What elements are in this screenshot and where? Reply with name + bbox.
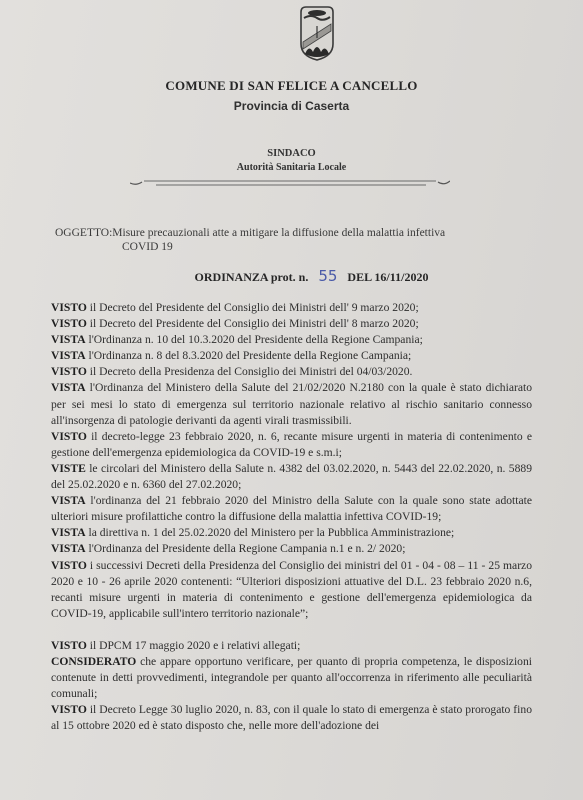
subject-block: OGGETTO:Misure precauzionali atte a miti… [55, 226, 525, 254]
clause-text: l'Ordinanza del Presidente della Regione… [86, 542, 406, 555]
clause-text: il Decreto Legge 30 luglio 2020, n. 83, … [51, 703, 532, 732]
clause-lead: VISTA [51, 381, 86, 394]
clause-lead: VISTA [51, 542, 86, 555]
clause-lead: VISTO [51, 317, 87, 330]
clause-text: la direttiva n. 1 del 25.02.2020 del Min… [86, 526, 455, 539]
clause-paragraph: VISTO il Decreto Legge 30 luglio 2020, n… [51, 702, 532, 734]
municipality-name: COMUNE DI SAN FELICE A CANCELLO [0, 78, 583, 94]
paragraph-gap [51, 622, 532, 638]
clause-lead: VISTA [51, 333, 86, 346]
clause-paragraph: VISTA l'ordinanza del 21 febbraio 2020 d… [51, 493, 532, 525]
clause-text: l'ordinanza del 21 febbraio 2020 del Min… [51, 494, 532, 523]
coat-of-arms-icon [297, 4, 337, 62]
ordinance-date: DEL 16/11/2020 [347, 270, 428, 284]
clause-text: i successivi Decreti della Presidenza de… [51, 559, 532, 620]
province-name: Provincia di Caserta [0, 99, 583, 113]
clause-text: l'Ordinanza del Ministero della Salute d… [51, 381, 532, 426]
clause-lead: VISTA [51, 526, 86, 539]
clause-lead: VISTO [51, 559, 87, 572]
ordinance-number: 55 [308, 267, 347, 285]
clause-lead: CONSIDERATO [51, 655, 136, 668]
clause-paragraph: VISTA l'Ordinanza n. 10 del 10.3.2020 de… [51, 332, 532, 348]
clause-paragraph: VISTO il decreto-legge 23 febbraio 2020,… [51, 429, 532, 461]
clause-paragraph: VISTA l'Ordinanza n. 8 del 8.3.2020 del … [51, 348, 532, 364]
office-title: SINDACO [0, 148, 583, 159]
clause-paragraph: VISTA l'Ordinanza del Presidente della R… [51, 541, 532, 557]
clause-lead: VISTO [51, 301, 87, 314]
clause-lead: VISTO [51, 365, 87, 378]
clause-text: le circolari del Ministero della Salute … [51, 462, 532, 491]
clause-text: il Decreto del Presidente del Consiglio … [87, 301, 419, 314]
clause-paragraph: VISTO il DPCM 17 maggio 2020 e i relativ… [51, 638, 532, 654]
clause-lead: VISTA [51, 494, 86, 507]
clause-paragraph: VISTO il Decreto della Presidenza del Co… [51, 364, 532, 380]
clause-paragraph: VISTO i successivi Decreti della Preside… [51, 558, 532, 622]
subject-line-2: COVID 19 [55, 240, 525, 254]
clause-text: il Decreto della Presidenza del Consigli… [87, 365, 413, 378]
clause-lead: VISTO [51, 639, 87, 652]
clause-paragraph: VISTA l'Ordinanza del Ministero della Sa… [51, 380, 532, 428]
clause-paragraph: VISTO il Decreto del Presidente del Cons… [51, 300, 532, 316]
clause-text: il Decreto del Presidente del Consiglio … [87, 317, 419, 330]
clause-text: l'Ordinanza n. 10 del 10.3.2020 del Pres… [86, 333, 423, 346]
document-body: VISTO il Decreto del Presidente del Cons… [51, 300, 532, 734]
clause-text: il DPCM 17 maggio 2020 e i relativi alle… [87, 639, 301, 652]
clause-lead: VISTO [51, 703, 87, 716]
ordinance-prefix: ORDINANZA prot. n. [195, 270, 309, 284]
clause-text: l'Ordinanza n. 8 del 8.3.2020 del Presid… [86, 349, 412, 362]
ordinance-heading: ORDINANZA prot. n.55DEL 16/11/2020 [20, 267, 583, 285]
clause-paragraph: VISTO il Decreto del Presidente del Cons… [51, 316, 532, 332]
clause-text: il decreto-legge 23 febbraio 2020, n. 6,… [51, 430, 532, 459]
decorative-divider [130, 178, 450, 188]
clause-lead: VISTO [51, 430, 87, 443]
clause-paragraph: VISTA la direttiva n. 1 del 25.02.2020 d… [51, 525, 532, 541]
subject-label: OGGETTO: [55, 227, 112, 239]
subject-line-1: Misure precauzionali atte a mitigare la … [112, 227, 445, 239]
clause-paragraph: VISTE le circolari del Ministero della S… [51, 461, 532, 493]
clause-paragraph: CONSIDERATO che appare opportuno verific… [51, 654, 532, 702]
clause-lead: VISTE [51, 462, 86, 475]
document-page: COMUNE DI SAN FELICE A CANCELLO Provinci… [0, 0, 583, 800]
clause-lead: VISTA [51, 349, 86, 362]
authority-title: Autorità Sanitaria Locale [0, 162, 583, 173]
